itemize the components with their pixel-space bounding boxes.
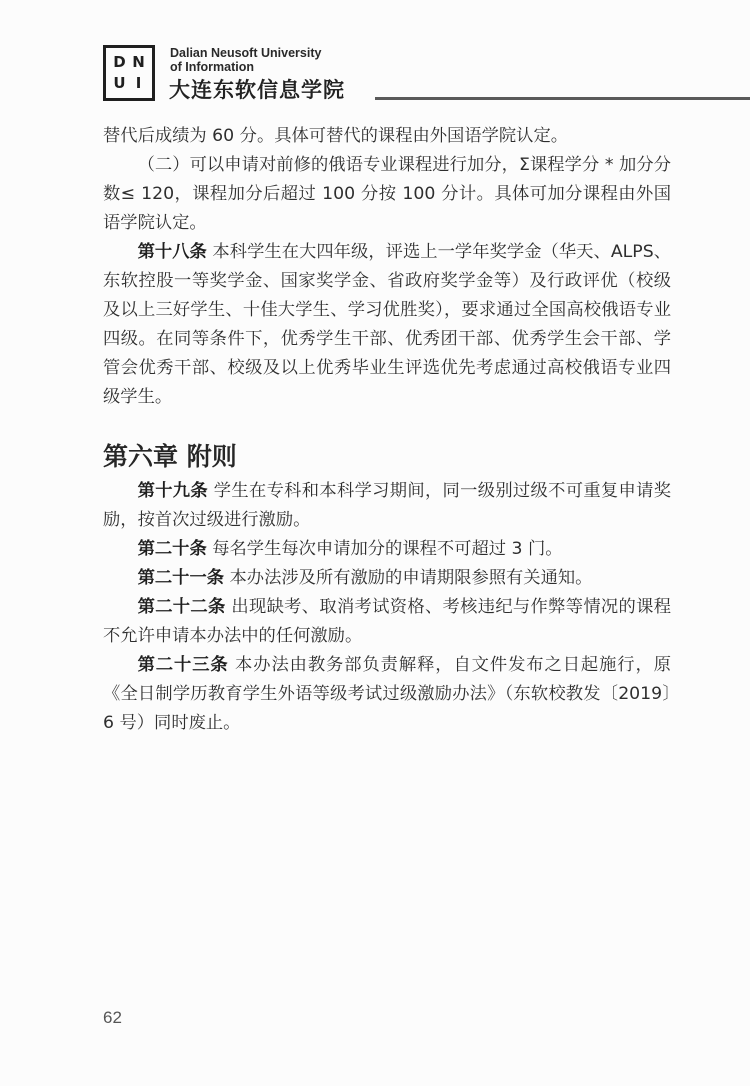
article-label: 第二十一条 bbox=[138, 568, 224, 588]
article-label: 第十九条 bbox=[138, 481, 208, 501]
document-body: 替代后成绩为 60 分。具体可替代的课程由外国语学院认定。 （二）可以申请对前修… bbox=[103, 122, 671, 738]
university-name-en: Dalian Neusoft University of Information bbox=[170, 46, 321, 74]
article-label: 第十八条 bbox=[138, 242, 207, 262]
article-21: 第二十一条 本办法涉及所有激励的申请期限参照有关通知。 bbox=[103, 564, 671, 593]
logo-letter: I bbox=[136, 76, 142, 91]
university-name-en-line1: Dalian Neusoft University bbox=[170, 46, 321, 60]
article-label: 第二十条 bbox=[138, 539, 207, 559]
article-text: 本办法涉及所有激励的申请期限参照有关通知。 bbox=[224, 568, 592, 588]
university-name-cn: 大连东软信息学院 bbox=[169, 77, 345, 103]
article-text: 每名学生每次申请加分的课程不可超过 3 门。 bbox=[207, 539, 563, 559]
university-name-en-line2: of Information bbox=[170, 60, 321, 74]
article-22: 第二十二条 出现缺考、取消考试资格、考核违纪与作弊等情况的课程不允许申请本办法中… bbox=[103, 593, 671, 651]
article-20: 第二十条 每名学生每次申请加分的课程不可超过 3 门。 bbox=[103, 535, 671, 564]
logo-letter: U bbox=[113, 76, 125, 91]
paragraph-item-2: （二）可以申请对前修的俄语专业课程进行加分，Σ课程学分 * 加分分数≤ 120，… bbox=[103, 151, 671, 238]
chapter-title: 第六章 附则 bbox=[103, 439, 671, 475]
page-header: D N U I Dalian Neusoft University of Inf… bbox=[103, 45, 750, 107]
paragraph-continuation: 替代后成绩为 60 分。具体可替代的课程由外国语学院认定。 bbox=[103, 122, 671, 151]
article-18: 第十八条 本科学生在大四年级，评选上一学年奖学金（华天、ALPS、东软控股一等奖… bbox=[103, 238, 671, 412]
article-text: 本科学生在大四年级，评选上一学年奖学金（华天、ALPS、东软控股一等奖学金、国家… bbox=[103, 242, 671, 407]
article-label: 第二十三条 bbox=[138, 655, 229, 675]
page-number: 62 bbox=[103, 1008, 122, 1028]
header-divider bbox=[375, 97, 750, 100]
logo-letter: N bbox=[132, 55, 145, 70]
logo-letter: D bbox=[113, 55, 125, 70]
article-label: 第二十二条 bbox=[138, 597, 226, 617]
article-23: 第二十三条 本办法由教务部负责解释，自文件发布之日起施行，原《全日制学历教育学生… bbox=[103, 651, 671, 738]
university-logo: D N U I bbox=[103, 45, 155, 101]
article-19: 第十九条 学生在专科和本科学习期间，同一级别过级不可重复申请奖励，按首次过级进行… bbox=[103, 477, 671, 535]
